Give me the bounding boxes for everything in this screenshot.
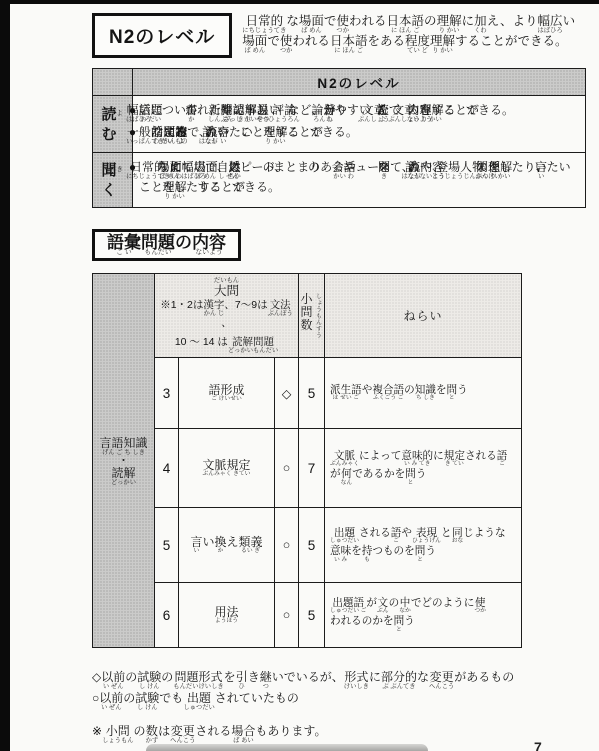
table-row-listening: 聞き く ● 日常的にちじょうてきな 場面ば めんに 加くわえて 幅広はばひろい… [93,153,586,208]
vocab-title-box: 語彙ご い問題もんだいの 内容ないよう [92,229,241,261]
question-aim: 出題しゅつだいされる 語ごや 表現ひょうげんと 同おなじような 意味い みを 持… [325,508,522,583]
question-number: 4 [155,429,179,508]
scanned-document-page: N2のレベル 日常的にちじょうてきな 場面ば めんで 使つかわれる 日本語に ほ… [0,0,599,751]
level-table-corner-cell [93,69,133,96]
small-question-count: 7 [299,429,325,508]
row-label-listening: 聞き く [93,153,133,208]
question-name: 文脈規定ぶんみゃく きてい [179,429,275,508]
page-number: 7 [534,739,542,751]
table-row: 6 用法ようほう ○ 5 出題語しゅつだい ごが 文ぶんの 中なかで どのように… [93,583,522,648]
question-number: 3 [155,358,179,429]
scan-edge-left [0,0,10,751]
level-table-header-row: N2のレベル [93,69,586,96]
note-circle: ○ 以前い ぜんの 試験し けんでも 出題しゅつだいされて いたもの [92,691,586,711]
question-name: 用法ようほう [179,583,275,648]
page-content: N2のレベル 日常的にちじょうてきな 場面ば めんで 使つかわれる 日本語に ほ… [92,13,586,745]
level-section-header: N2のレベル 日常的にちじょうてきな 場面ば めんで 使つかわれる 日本語に ほ… [92,13,586,58]
format-mark: ○ [275,429,299,508]
small-question-count: 5 [299,358,325,429]
small-question-count: 5 [299,508,325,583]
level-table: N2のレベル 読よ む ● 幅広はばひろい 話題わ だいについて 書かかれた 新… [92,68,586,208]
listening-bullet-1: ● 日常的にちじょうてきな 場面ば めんに 加くわえて 幅広はばひろい 場面ば … [139,160,579,200]
level-intro-text: 日常的にちじょうてきな 場面ば めんで 使つかわれる 日本語に ほん ごの 理解… [242,13,586,54]
listening-skill-cell: ● 日常的にちじょうてきな 場面ば めんに 加くわえて 幅広はばひろい 場面ば … [133,153,586,208]
header-small-question-count-cell: 小 問 数 しょうもんすう [299,274,325,358]
legend-notes: ◇ 以前い ぜんの 試験し けんの 問題形式もんだいけいしきを 引ひき 継ついで… [92,670,586,744]
question-aim: 文脈ぶんみゃくによって 意味的い み てきに 規定き ていされる 語ごが 何なん… [325,429,522,508]
header-daimon-note-1: ※1・2は 漢字かん じ、7〜9は 文法ぶんぽう、 [157,299,296,335]
table-row-reading: 読よ む ● 幅広はばひろい 話題わ だいについて 書かかれた 新聞しんぶんや … [93,96,586,153]
vocab-table-header-row: 言語知識げん ご ち しき ・ 読解どっかい 大問だいもん ※1・2は 漢字かん… [93,274,522,358]
question-number: 6 [155,583,179,648]
header-daimon-note-2: 10 〜 14 は 読解問題どっかいもんだい [157,336,296,354]
header-daimon-title: 大問だいもん [157,278,296,298]
vocab-section-label: 言語知識げん ご ち しき ・ 読解どっかい [93,274,155,648]
table-row: 3 語形成ご けいせい ◇ 5 派生語は せい ごや 複合語ふくごう ごの 知識… [93,358,522,429]
section-label-dot: ・ [94,456,153,466]
vocab-title: 語彙ご い問題もんだいの 内容ないよう [107,236,226,256]
question-name: 語形成ご けいせい [179,358,275,429]
level-table-header: N2のレベル [133,69,586,96]
reading-bullet-1: ● 幅広はばひろい 話題わ だいについて 書かかれた 新聞しんぶんや 雑誌ざっし… [139,103,579,123]
format-mark: ◇ [275,358,299,429]
level-title-box: N2のレベル [92,13,232,58]
section-label-top: 言語知識げん ご ち しき [94,436,153,456]
reading-skill-cell: ● 幅広はばひろい 話題わ だいについて 書かかれた 新聞しんぶんや 雑誌ざっし… [133,96,586,153]
question-number: 5 [155,508,179,583]
format-mark: ○ [275,508,299,583]
vocab-table: 言語知識げん ご ち しき ・ 読解どっかい 大問だいもん ※1・2は 漢字かん… [92,273,522,648]
level-title: N2のレベル [109,27,215,48]
book-edge-artifact [146,744,428,751]
table-row: 4 文脈規定ぶんみゃく きてい ○ 7 文脈ぶんみゃくによって 意味的い み て… [93,429,522,508]
scan-edge-top [0,0,599,4]
question-name: 言いい 換かえ 類義るい ぎ [179,508,275,583]
question-aim: 派生語は せい ごや 複合語ふくごう ごの 知識ち しきを 問とう [325,358,522,429]
header-daimon-cell: 大問だいもん ※1・2は 漢字かん じ、7〜9は 文法ぶんぽう、 10 〜 14… [155,274,299,358]
table-row: 5 言いい 換かえ 類義るい ぎ ○ 5 出題しゅつだいされる 語ごや 表現ひょ… [93,508,522,583]
small-question-count: 5 [299,583,325,648]
note-diamond: ◇ 以前い ぜんの 試験し けんの 問題形式もんだいけいしきを 引ひき 継ついで… [92,670,586,690]
header-aim-cell: ねらい [325,274,522,358]
format-mark: ○ [275,583,299,648]
reading-bullet-2: ● 一般的いっぱんてきな 話題わ だいに 関かんする 読よみ 物ものを 読よんで… [139,125,579,145]
section-label-bottom: 読解どっかい [94,466,153,486]
question-aim: 出題語しゅつだい ごが 文ぶんの 中なかで どのように 使つかわれる のかを 問… [325,583,522,648]
note-asterisk: ※ 小問しょうもんの 数かずは 変更へんこうされる 場合ば あいも あります。 [92,724,586,744]
